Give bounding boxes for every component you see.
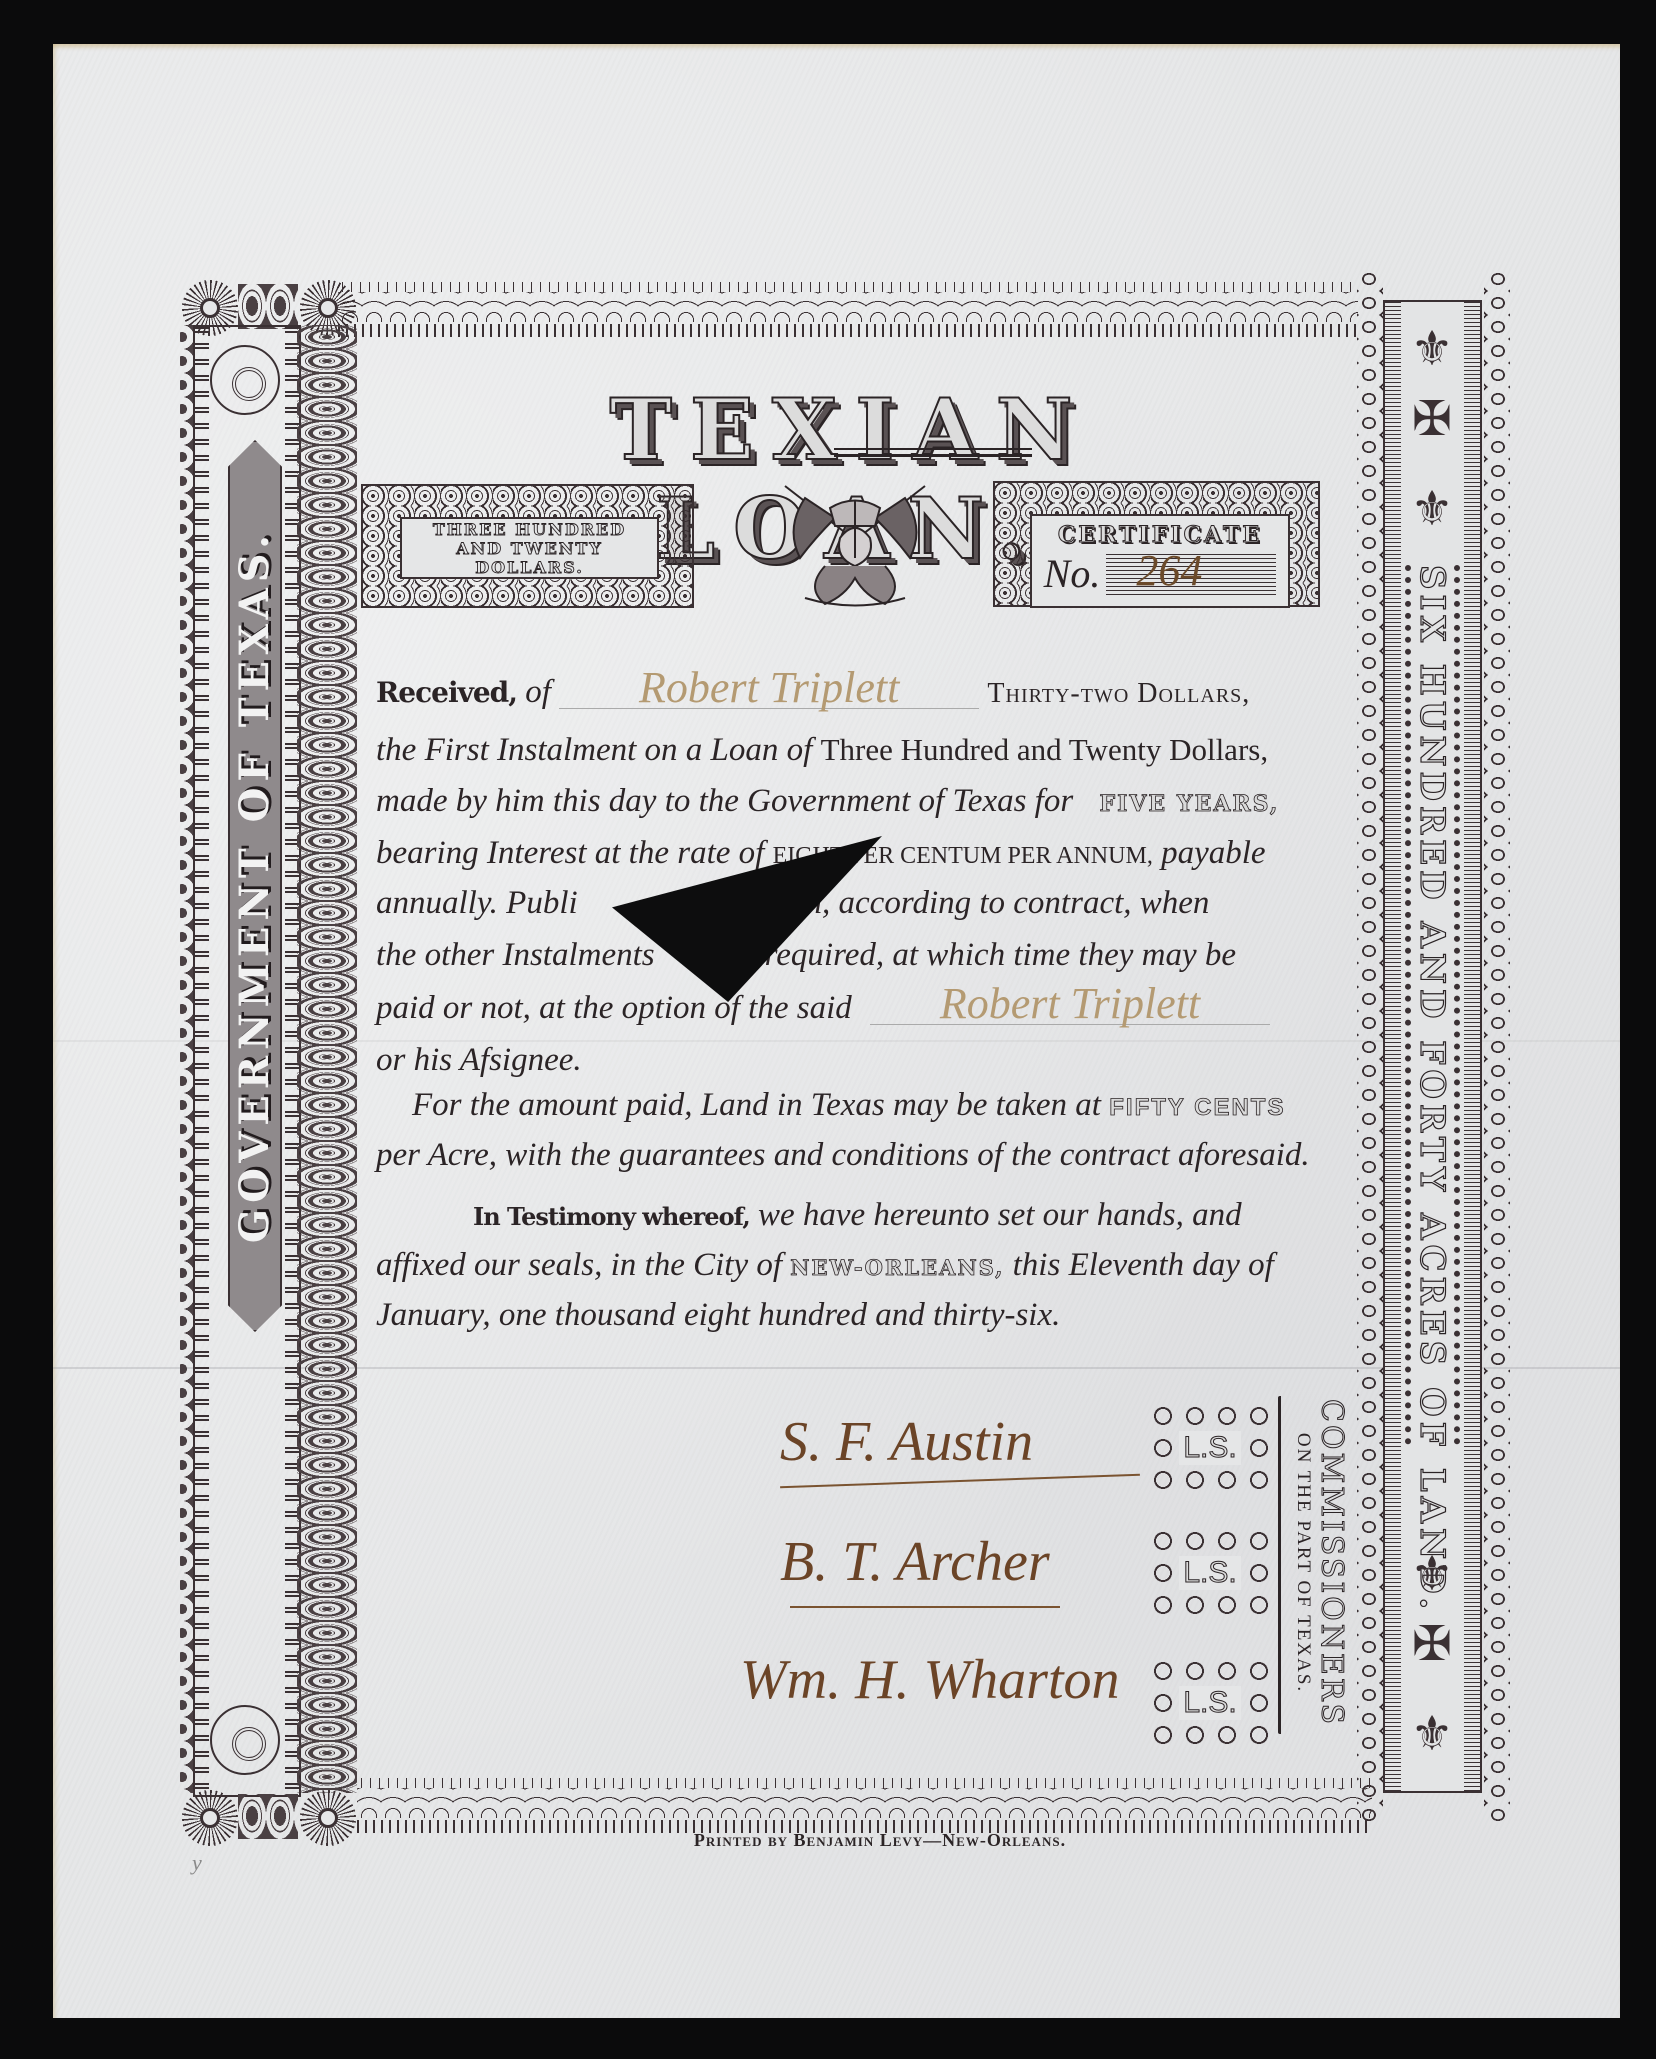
trumpets-trophy-icon: ✠ (1402, 390, 1462, 450)
text: January, one thousand eight hundred and … (376, 1297, 1060, 1333)
received-label: Received, (376, 676, 517, 709)
amount-line: THREE HUNDRED (433, 520, 626, 539)
body-line-3: made by him this day to the Government o… (376, 781, 1338, 824)
medallion-ornament (210, 345, 280, 415)
rosette-ornament (300, 1790, 356, 1846)
commissioners-label: COMMISSIONERS (1311, 1393, 1351, 1733)
body-line-6: the other Instalmentsrequired, at which … (376, 935, 1338, 975)
land-price: FIFTY CENTS (1109, 1094, 1285, 1121)
text: payable (1161, 835, 1265, 871)
body-line-13: January, one thousand eight hundred and … (376, 1295, 1338, 1335)
number-label: No. (1044, 550, 1101, 597)
body-line-8: or his Afsignee. (376, 1040, 1338, 1080)
text: For the amount paid, Land in Texas may b… (412, 1087, 1101, 1123)
trumpets-trophy-icon: ✠ (1402, 1615, 1462, 1675)
printer-credit: Printed by Benjamin Levy—New-Orleans. (640, 1830, 1120, 1851)
body-line-7: paid or not, at the option of the said R… (376, 984, 1338, 1028)
rosette-ornament (182, 1790, 238, 1846)
top-border-strip (338, 282, 1358, 337)
title-rule (834, 448, 1032, 457)
text: the First Instalment on a Loan of (376, 732, 812, 768)
body-line-9: For the amount paid, Land in Texas may b… (412, 1085, 1338, 1128)
text: the other Instalments (376, 937, 655, 973)
pencil-mark: y (192, 1850, 202, 1876)
text: we have hereunto set our hands, and (758, 1197, 1242, 1233)
brace-line (1278, 1396, 1285, 1734)
six-hundred-forty-acres-label: SIX HUNDRED AND FORTY ACRES OF LAND. (1407, 565, 1457, 1445)
payee-name: Robert Triplett (559, 668, 979, 709)
signature-underline (790, 1606, 1060, 1608)
text: required, at which time they may be (765, 937, 1236, 973)
loan-term: FIVE YEARS, (1099, 791, 1279, 817)
certificate-number-field: 264 (1106, 553, 1276, 595)
seal-label: L.S. (1179, 1686, 1240, 1720)
seal-label: L.S. (1179, 1431, 1240, 1465)
tulip-border (238, 1794, 298, 1839)
text: made by him this day to the Government o… (376, 783, 1073, 819)
fleur-de-lis-icon: ⚜ (1402, 480, 1462, 540)
text: or his Afsignee. (376, 1042, 582, 1078)
seal-label: L.S. (1179, 1556, 1240, 1590)
signature-wharton: Wm. H. Wharton (740, 1648, 1120, 1712)
signature-archer: B. T. Archer (780, 1530, 1050, 1594)
loan-amount: Three Hundred and Twenty Dollars, (821, 732, 1269, 767)
tulip-border (238, 284, 298, 329)
body-line-1: Received, of Robert Triplett Thirty-two … (376, 668, 1338, 714)
tulip-border (180, 325, 194, 1793)
fleur-de-lis-icon: ⚜ (1402, 1545, 1462, 1605)
city-name: NEW-ORLEANS, (790, 1255, 1004, 1280)
body-line-11: In Testimony whereof, we have hereunto s… (473, 1195, 1338, 1237)
government-of-texas-label: GOVERNMENT OF TEXAS. (228, 456, 282, 1316)
body-line-5: annually. Publie given, according to con… (376, 883, 1338, 923)
seal-box: L.S. (1147, 1525, 1273, 1621)
amount-line: DOLLARS. (475, 558, 584, 577)
amount-received: Thirty-two Dollars, (987, 678, 1250, 709)
text: per Acre, with the guarantees and condit… (376, 1137, 1310, 1173)
amount-line: AND TWENTY (456, 539, 603, 558)
text: affixed our seals, in the City of (376, 1247, 782, 1283)
certificate-box: CERTIFICATE No. 264 (993, 481, 1320, 607)
signature-austin: S. F. Austin (780, 1410, 1033, 1474)
text: annually. Publi (376, 885, 578, 921)
body-line-2: the First Instalment on a Loan of Three … (376, 730, 1338, 770)
bottom-border-strip (357, 1778, 1372, 1833)
certificate-number: 264 (1136, 545, 1202, 596)
commissioners-subtitle: ON THE PART OF TEXAS. (1291, 1418, 1315, 1708)
medallion-ornament (210, 1705, 280, 1775)
text: this Eleventh day of (1013, 1247, 1274, 1283)
seal-box: L.S. (1147, 1400, 1273, 1496)
text: paid or not, at the option of the said (376, 990, 852, 1026)
amount-box: THREE HUNDRED AND TWENTY DOLLARS. (361, 484, 694, 608)
of-word: of (525, 674, 551, 710)
seal-box: L.S. (1147, 1655, 1273, 1751)
text: bearing Interest at the rate of (376, 835, 764, 871)
testimony-label: In Testimony whereof, (473, 1202, 750, 1231)
tulip-border (297, 325, 357, 1793)
fleur-de-lis-icon: ⚜ (1402, 1705, 1462, 1765)
body-line-10: per Acre, with the guarantees and condit… (376, 1135, 1338, 1175)
trophy-emblem-icon (745, 478, 965, 610)
fleur-de-lis-icon: ⚜ (1402, 320, 1462, 380)
body-line-12: affixed our seals, in the City of NEW-OR… (376, 1245, 1338, 1288)
payee-name-repeat: Robert Triplett (870, 984, 1270, 1025)
